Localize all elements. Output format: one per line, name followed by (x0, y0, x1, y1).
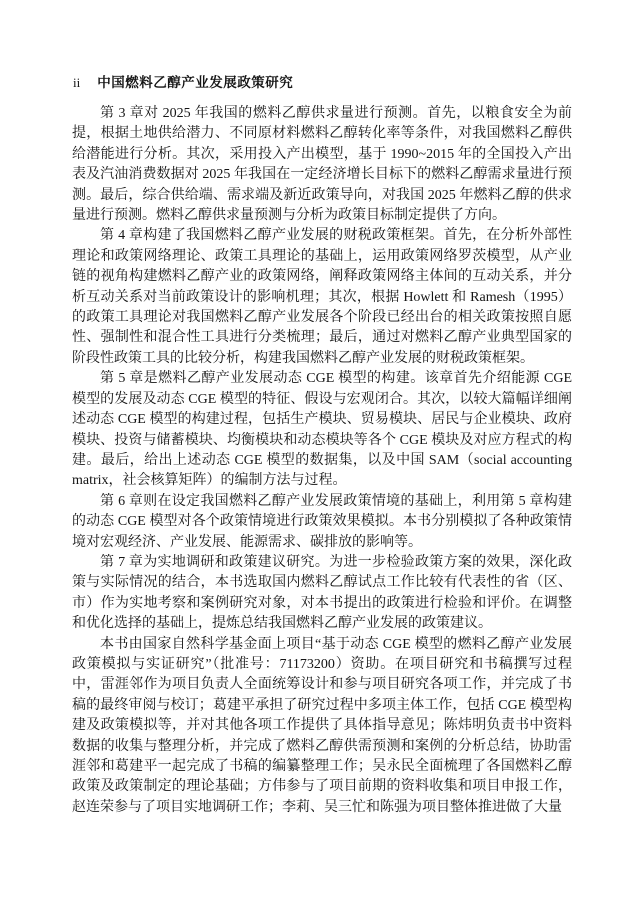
paragraph-acknowledgments: 本书由国家自然科学基金面上项目“基于动态 CGE 模型的燃料乙醇产业发展政策模拟… (72, 635, 572, 819)
paragraph-chapter-4: 第 4 章构建了我国燃料乙醇产业发展的财税政策框架。首先，在分析外部性理论和政策… (72, 226, 572, 369)
book-page: ii 中国燃料乙醇产业发展政策研究 第 3 章对 2025 年我国的燃料乙醇供求… (0, 0, 638, 902)
running-title: 中国燃料乙醇产业发展政策研究 (97, 71, 293, 91)
paragraph-chapter-5: 第 5 章是燃料乙醇产业发展动态 CGE 模型的构建。该章首先介绍能源 CGE … (72, 369, 572, 491)
paragraph-chapter-3: 第 3 章对 2025 年我国的燃料乙醇供求量进行预测。首先，以粮食安全为前提，… (72, 104, 572, 226)
running-header: ii 中国燃料乙醇产业发展政策研究 (73, 71, 574, 91)
page-body: 第 3 章对 2025 年我国的燃料乙醇供求量进行预测。首先，以粮食安全为前提，… (72, 104, 572, 818)
page-number: ii (73, 75, 80, 91)
paragraph-chapter-7: 第 7 章为实地调研和政策建议研究。为进一步检验政策方案的效果，深化政策与实际情… (72, 553, 572, 635)
paragraph-chapter-6: 第 6 章则在设定我国燃料乙醇产业发展政策情境的基础上，利用第 5 章构建的动态… (72, 492, 572, 553)
